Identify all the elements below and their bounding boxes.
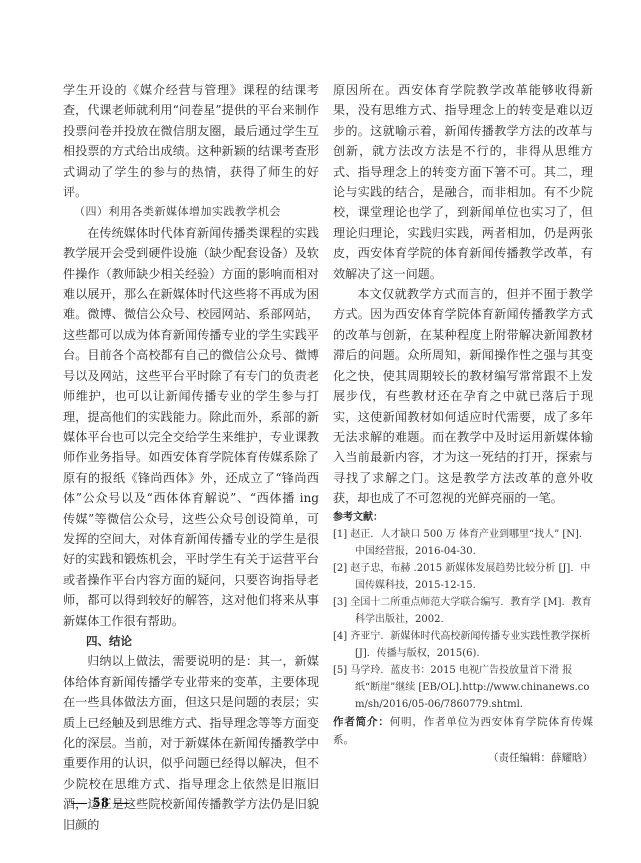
reference-item: [4] 齐亚宁．新媒体时代高校新闻传播专业实践性教学探析 [J]．传播与版权，2… [333,628,593,662]
reference-item: [2] 赵子忠，布赫 .2015 新媒体发展趋势比较分析 [J]．中国传媒科技，… [333,560,593,594]
left-column: 学生开设的《媒介经营与管理》课程的结课考查，代课老师就利用“问卷星”提供的平台来… [63,80,319,835]
subsection-heading: （四）利用各类新媒体增加实践教学机会 [63,202,319,222]
page-number: — 58 — [72,795,131,812]
author-bio: 作者简介：何明，作者单位为西安体育学院体育传媒系。 [333,713,593,749]
references-title: 参考文献： [333,509,593,526]
references: 参考文献： [1] 赵正．人才缺口 500 万 体育产业到哪里“找人” [N]．… [333,509,593,713]
paragraph: 学生开设的《媒介经营与管理》课程的结课考查，代课老师就利用“问卷星”提供的平台来… [63,80,319,202]
paragraph: 原因所在。西安体育学院教学改革能够收得新果，没有思维方式、指导理念上的转变是难以… [333,80,593,284]
paragraph: 在传统媒体时代体育新闻传播类课程的实践教学展开会受到硬件设施（缺少配套设备）及软… [63,223,319,631]
paragraph: 本文仅就教学方式而言的，但并不囿于教学方式。因为西安体育学院体育新闻传播教学方式… [333,284,593,508]
author-bio-label: 作者简介： [333,716,390,728]
reference-item: [1] 赵正．人才缺口 500 万 体育产业到哪里“找人” [N]．中国经营报，… [333,526,593,560]
reference-item: [5] 马学玲．蓝皮书：2015 电视广告投放量首下滑 报纸“断崖”继续 [EB… [333,662,593,713]
responsible-editor: （责任编辑：薛耀晗） [333,749,593,767]
reference-item: [3] 全国十二所重点师范大学联合编写．教育学 [M]．教育科学出版社，2002… [333,594,593,628]
right-column: 原因所在。西安体育学院教学改革能够收得新果，没有思维方式、指导理念上的转变是难以… [333,80,593,767]
section-heading: 四、结论 [63,631,319,651]
